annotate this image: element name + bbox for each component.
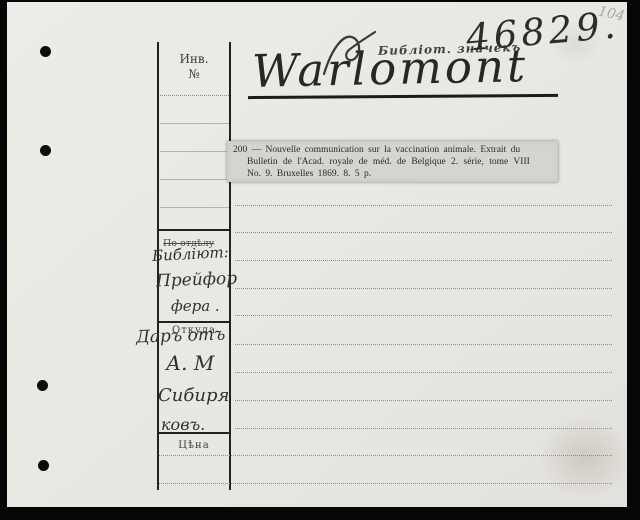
ruled-line <box>160 123 229 124</box>
entry-line: фера . <box>171 297 220 315</box>
price-label: Цѣна <box>157 440 231 451</box>
column-border-left <box>157 42 159 490</box>
inventory-number-label: Инв. № <box>157 52 231 82</box>
ruled-line <box>235 205 612 206</box>
column-border-right <box>229 42 231 490</box>
ruled-line <box>160 207 229 208</box>
ruled-line <box>160 179 229 180</box>
entry-line: ковъ. <box>161 415 205 434</box>
ruled-line <box>159 483 612 484</box>
ruled-line <box>235 400 612 401</box>
ruled-line <box>235 232 612 233</box>
ruled-line <box>235 344 612 345</box>
entry-line: А. М <box>166 351 214 375</box>
punch-hole <box>37 380 48 391</box>
clipping-line: No. 9. Bruxelles 1869. 8. 5 p. <box>233 168 553 180</box>
scanned-catalog-card: Инв. № По отдѣлу Откуда Цѣна Библіют: Пр… <box>0 0 640 520</box>
clipping-line: 200 — Nouvelle communication sur la vacc… <box>233 144 553 156</box>
ruled-line <box>235 315 612 316</box>
clipping-line: Bulletin de l'Acad. royale de méd. de Be… <box>233 156 553 168</box>
section-divider <box>157 321 231 323</box>
entry-line: Даръ отъ <box>136 324 226 347</box>
ruled-line <box>235 288 612 289</box>
ruled-line <box>235 428 612 429</box>
punch-hole <box>38 460 49 471</box>
inventory-label-line1: Инв. <box>157 52 231 67</box>
ruled-line <box>160 151 229 152</box>
punch-hole <box>40 46 51 57</box>
ruled-line <box>159 455 612 456</box>
punch-hole <box>40 145 51 156</box>
ruled-line <box>235 372 612 373</box>
title-handwritten: Warlomont <box>251 39 528 98</box>
inventory-label-line2: № <box>157 67 231 82</box>
entry-line: Сибиря <box>158 385 229 406</box>
ruled-line <box>235 260 612 261</box>
pasted-clipping: 200 — Nouvelle communication sur la vacc… <box>227 141 558 182</box>
ruled-line <box>160 95 229 96</box>
entry-line: Прейфор <box>156 269 238 292</box>
section-divider <box>157 229 231 231</box>
